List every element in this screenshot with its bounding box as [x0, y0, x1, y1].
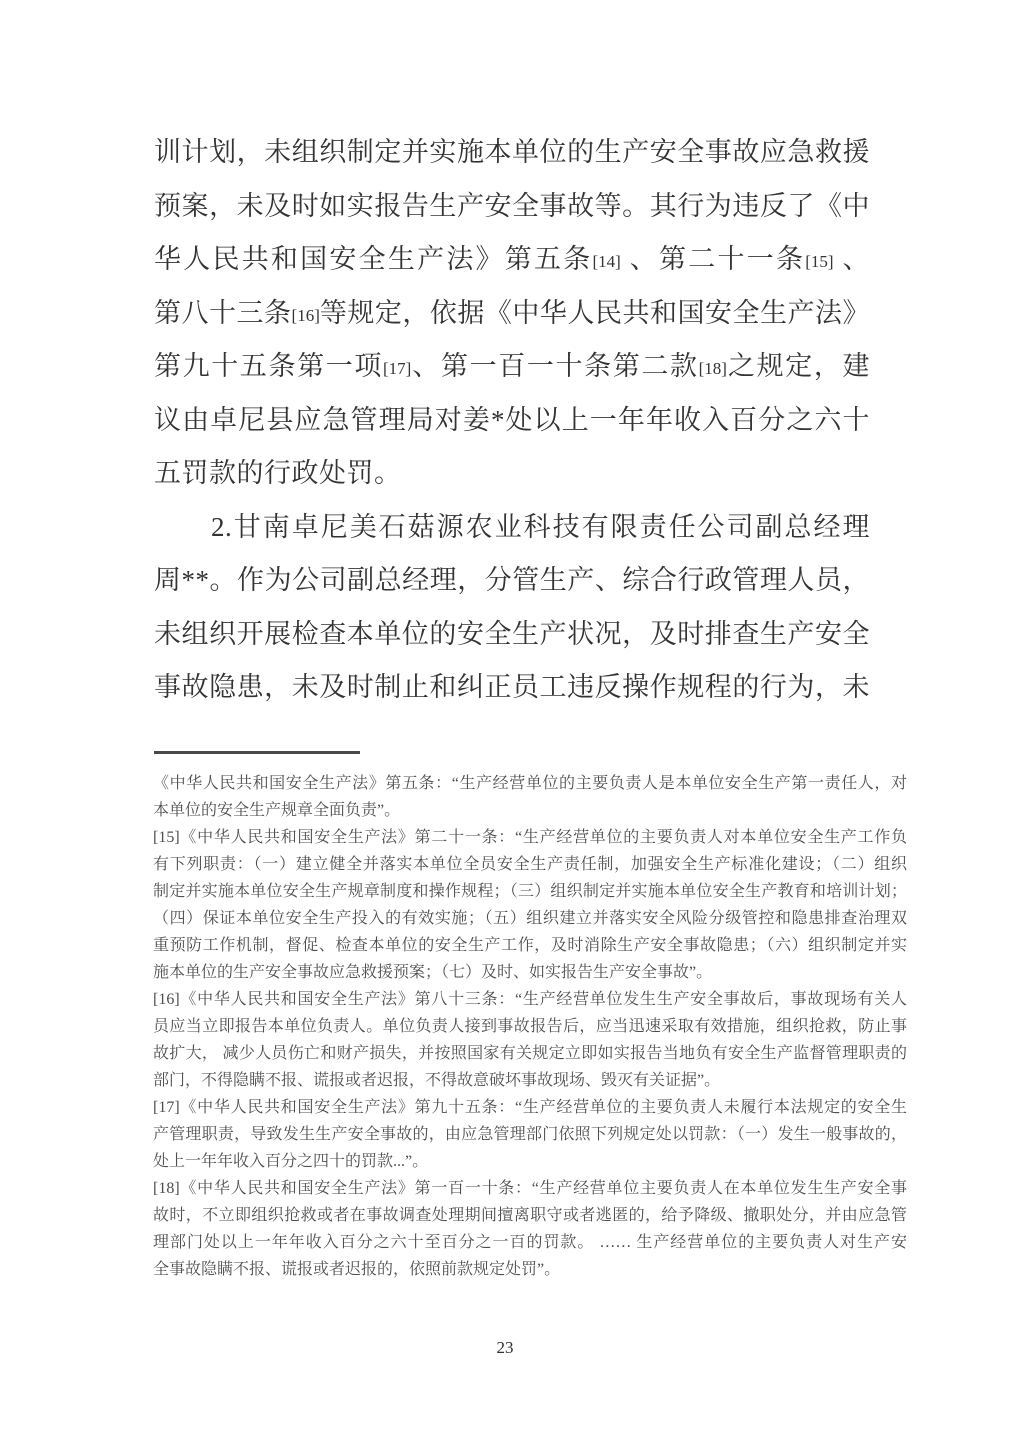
footnote-line: 故扩大， 减少人员伤亡和财产损失，并按照国家有关规定立即如实报告当地负有安全生产… — [153, 1040, 907, 1067]
footnote-line: （四）保证本单位安全生产投入的有效实施；（五）组织建立并落实安全风险分级管控和隐… — [153, 905, 907, 932]
body-line-text: 训计划，未组织制定并实施本单位的生产安全事故应急救援 — [154, 137, 870, 167]
footnote-line: [17]《中华人民共和国安全生产法》第九十五条：“生产经营单位的主要负责人未履行… — [153, 1094, 907, 1121]
body-line-text: 未组织开展检查本单位的安全生产状况，及时排查生产安全 — [154, 619, 870, 649]
footnote-line: 制定并实施本单位安全生产规章制度和操作规程；（三）组织制定并实施本单位安全生产教… — [153, 878, 907, 905]
body-line-text: 等规定，依据《中华人民共和国安全生产法》 — [320, 298, 870, 328]
footnote-line: 产管理职责，导致发生生产安全事故的，由应急管理部门依照下列规定处以罚款：（一）发… — [153, 1121, 907, 1148]
body-line-text: 议由卓尼县应急管理局对姜*处以上一年年收入百分之六十 — [154, 405, 870, 435]
footnote-line: 全事故隐瞒不报、谎报或者迟报的，依照前款规定处罚”。 — [153, 1256, 907, 1283]
footnote-line: 有下列职责：（一）建立健全并落实本单位全员安全生产责任制，加强安全生产标准化建设… — [153, 851, 907, 878]
footnote-line: [18]《中华人民共和国安全生产法》第一百一十条：“生产经营单位主要负责人在本单… — [153, 1175, 907, 1202]
body-line: 事故隐患，未及时制止和纠正员工违反操作规程的行为，未 — [154, 661, 870, 715]
body-line-paragraph-start: 2.甘南卓尼美石菇源农业科技有限责任公司副总经理 — [154, 501, 870, 555]
footnote-line: [16]《中华人民共和国安全生产法》第八十三条：“生产经营单位发生生产安全事故后… — [153, 986, 907, 1013]
footnote-line: 理部门处以上一年年收入百分之六十至百分之一百的罚款。 …… 生产经营单位的主要负… — [153, 1229, 907, 1256]
body-line: 训计划，未组织制定并实施本单位的生产安全事故应急救援 — [154, 126, 870, 180]
body-line: 五罚款的行政处罚。 — [154, 447, 870, 501]
body-line: 周**。作为公司副总经理，分管生产、综合行政管理人员， — [154, 554, 870, 608]
body-line-text: 2.甘南卓尼美石菇源农业科技有限责任公司副总经理 — [211, 512, 870, 542]
body-text: 训计划，未组织制定并实施本单位的生产安全事故应急救援 预案，未及时如实报告生产安… — [154, 126, 870, 715]
footnote-line: 施本单位的生产安全事故应急救援预案；（七）及时、如实报告生产安全事故”。 — [153, 959, 907, 986]
footnote-line: 员应当立即报告本单位负责人。单位负责人接到事故报告后，应当迅速采取有效措施，组织… — [153, 1013, 907, 1040]
page-number: 23 — [0, 1338, 1010, 1358]
body-line-text: 、第二十一条 — [621, 244, 805, 274]
body-line: 第九十五条第一项[17]、第一百一十条第二款[18]之规定，建 — [154, 340, 870, 394]
footnote-ref-18: [18] — [699, 342, 727, 396]
footnote-line: [15]《中华人民共和国安全生产法》第二十一条：“生产经营单位的主要负责人对本单… — [153, 824, 907, 851]
body-line-text: 第九十五条第一项 — [154, 351, 383, 381]
body-line-text: 华人民共和国安全生产法》第五条 — [154, 244, 592, 274]
body-line-text: 、 — [834, 244, 870, 274]
body-line-text: 之规定，建 — [727, 351, 870, 381]
footnote-ref-16: [16] — [292, 289, 320, 343]
footnote-line: 故时，不立即组织抢救或者在事故调查处理期间擅离职守或者逃匿的，给予降级、撤职处分… — [153, 1202, 907, 1229]
body-line: 华人民共和国安全生产法》第五条[14] 、第二十一条[15] 、 — [154, 233, 870, 287]
body-line: 第八十三条[16]等规定，依据《中华人民共和国安全生产法》 — [154, 287, 870, 341]
footnote-line: 处上一年年收入百分之四十的罚款...”。 — [153, 1148, 907, 1175]
body-line-text: 预案，未及时如实报告生产安全事故等。其行为违反了《中 — [154, 191, 870, 221]
body-line: 未组织开展检查本单位的安全生产状况，及时排查生产安全 — [154, 608, 870, 662]
footnote-line: 《中华人民共和国安全生产法》第五条：“生产经营单位的主要负责人是本单位安全生产第… — [153, 770, 907, 797]
footnote-line: 本单位的安全生产规章全面负责”。 — [153, 797, 907, 824]
body-line-text: 、第一百一十条第二款 — [411, 351, 698, 381]
footnote-line: 部门，不得隐瞒不报、谎报或者迟报，不得故意破坏事故现场、毁灭有关证据”。 — [153, 1067, 907, 1094]
footnote-line: 重预防工作机制，督促、检查本单位的安全生产工作，及时消除生产安全事故隐患；（六）… — [153, 932, 907, 959]
footnote-ref-14: [14] — [592, 235, 620, 289]
body-line-text: 第八十三条 — [154, 298, 292, 328]
body-line: 预案，未及时如实报告生产安全事故等。其行为违反了《中 — [154, 180, 870, 234]
footnote-ref-17: [17] — [383, 342, 411, 396]
body-line-text: 五罚款的行政处罚。 — [154, 458, 402, 488]
body-line-text: 事故隐患，未及时制止和纠正员工违反操作规程的行为，未 — [154, 672, 870, 702]
footnote-separator — [154, 751, 360, 754]
footnotes: 《中华人民共和国安全生产法》第五条：“生产经营单位的主要负责人是本单位安全生产第… — [153, 770, 907, 1283]
footnote-ref-15: [15] — [805, 235, 833, 289]
document-page: 训计划，未组织制定并实施本单位的生产安全事故应急救援 预案，未及时如实报告生产安… — [0, 0, 1024, 1448]
body-line: 议由卓尼县应急管理局对姜*处以上一年年收入百分之六十 — [154, 394, 870, 448]
body-line-text: 周**。作为公司副总经理，分管生产、综合行政管理人员， — [154, 565, 870, 595]
